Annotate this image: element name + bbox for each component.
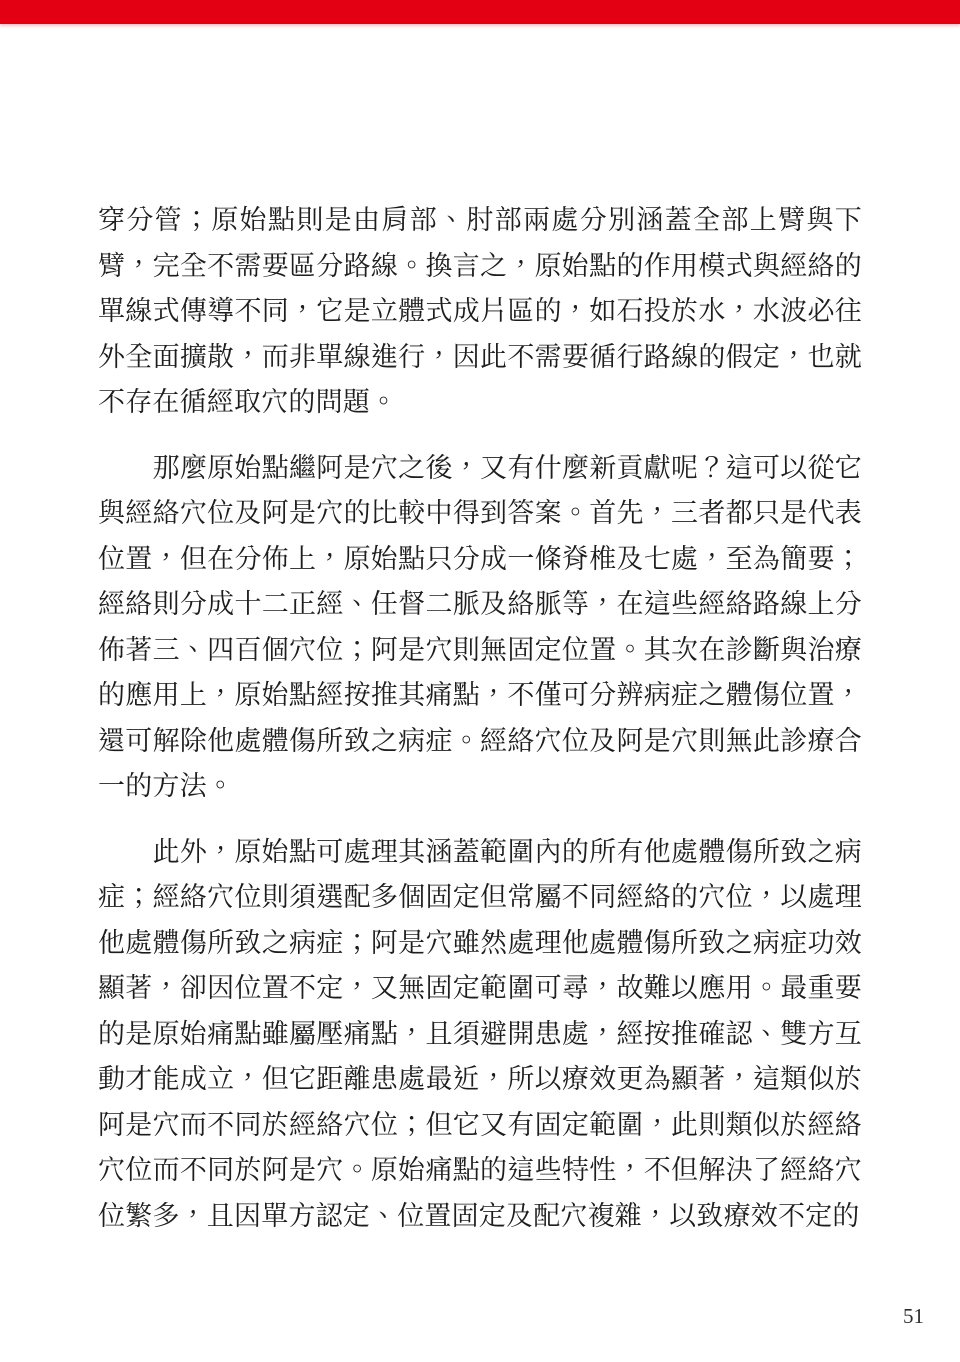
book-page: 穿分管；原始點則是由肩部、肘部兩處分別涵蓋全部上臂與下臂，完全不需要區分路線。換… xyxy=(0,0,960,1362)
paragraph: 那麼原始點繼阿是穴之後，又有什麼新貢獻呢？這可以從它與經絡穴位及阿是穴的比較中得… xyxy=(98,446,862,810)
paragraph: 穿分管；原始點則是由肩部、肘部兩處分別涵蓋全部上臂與下臂，完全不需要區分路線。換… xyxy=(98,198,862,426)
header-accent-bar xyxy=(0,0,960,24)
paragraph: 此外，原始點可處理其涵蓋範圍內的所有他處體傷所致之病症；經絡穴位則須選配多個固定… xyxy=(98,830,862,1240)
body-text-block: 穿分管；原始點則是由肩部、肘部兩處分別涵蓋全部上臂與下臂，完全不需要區分路線。換… xyxy=(98,198,862,1239)
page-number: 51 xyxy=(903,1303,924,1329)
paragraphs: 穿分管；原始點則是由肩部、肘部兩處分別涵蓋全部上臂與下臂，完全不需要區分路線。換… xyxy=(98,198,862,1239)
